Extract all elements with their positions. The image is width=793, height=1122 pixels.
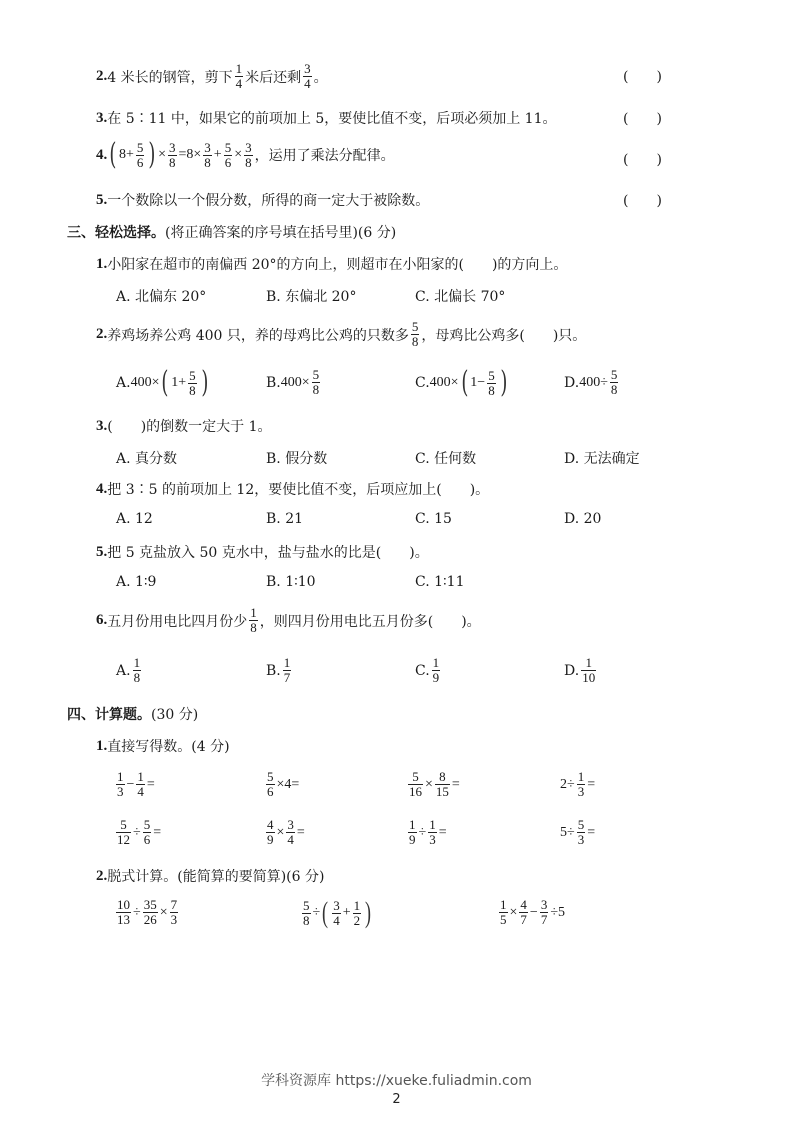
choice-question-1: 1. 小阳家在超市的南偏西 20°的方向上，则超市在小阳家的( )的方向上。 xyxy=(96,254,567,274)
stepwise-calc-item: 15× 47− 37÷5 xyxy=(497,898,565,927)
option-a[interactable]: A.18 xyxy=(116,656,143,685)
option-a[interactable]: A. 12 xyxy=(116,511,153,527)
option-b[interactable]: B. 假分数 xyxy=(266,448,327,468)
stepwise-calc-item: 1013÷ 3526× 73 xyxy=(114,898,180,927)
answer-blank[interactable]: ( ) xyxy=(623,66,662,86)
option-c[interactable]: C. 1∶11 xyxy=(415,574,464,590)
option-b[interactable]: B. 1∶10 xyxy=(266,574,316,590)
option-c[interactable]: C. 15 xyxy=(415,511,452,527)
tf-question-3: 3. 在 5∶11 中，如果它的前项加上 5，要使比值不变，后项必须加上 11。 xyxy=(96,108,557,128)
option-c[interactable]: C.400× (1− 58) xyxy=(415,368,509,398)
mental-calc-item: 13− 14= xyxy=(114,770,155,799)
section-title-calculation: 四、计算题。 (30 分) xyxy=(67,704,198,724)
tf-question-4: 4. ( 8+ 56 ) × 38 =8× 38 + 56 × 38 ，运用了乘… xyxy=(96,140,395,170)
option-a[interactable]: A. 真分数 xyxy=(116,448,177,468)
option-b[interactable]: B.400× 58 xyxy=(266,368,322,397)
choice-question-4: 4. 把 3∶5 的前项加上 12，要使比值不变，后项应加上( )。 xyxy=(96,479,489,499)
option-b[interactable]: B.17 xyxy=(266,656,293,685)
mental-calc-item: 19÷ 13= xyxy=(406,818,447,847)
option-b[interactable]: B. 21 xyxy=(266,511,303,527)
answer-blank[interactable]: ( ) xyxy=(623,108,662,128)
stepwise-calc-item: 58÷ ( 34+ 12 ) xyxy=(300,898,373,928)
option-a[interactable]: A. 1∶9 xyxy=(116,574,156,590)
question-number: 2. xyxy=(96,68,107,85)
choice-question-3: 3. ( )的倒数一定大于 1。 xyxy=(96,416,272,436)
mental-calc-item: 2÷ 13= xyxy=(560,770,595,799)
option-c[interactable]: C. 任何数 xyxy=(415,448,476,468)
calc-question-1: 1. 直接写得数。(4 分) xyxy=(96,736,230,756)
right-paren: ) xyxy=(149,140,156,170)
option-d[interactable]: D. 20 xyxy=(564,511,601,527)
page-number: 2 xyxy=(0,1092,793,1107)
option-a[interactable]: A.400× (1+ 58) xyxy=(116,368,210,398)
mental-calc-item: 5÷ 53= xyxy=(560,818,595,847)
tf-question-2: 2. 4 米长的钢管，剪下 14 米后还剩 34 。 xyxy=(96,62,328,91)
choice-question-5: 5. 把 5 克盐放入 50 克水中，盐与盐水的比是( )。 xyxy=(96,542,429,562)
choice-question-6: 6. 五月份用电比四月份少 18 ，则四月份用电比五月份多( )。 xyxy=(96,606,481,635)
section-title-choice: 三、轻松选择。 (将正确答案的序号填在括号里)(6 分) xyxy=(67,222,396,242)
mental-calc-item: 516× 815= xyxy=(406,770,460,799)
fraction: 34 xyxy=(303,62,312,91)
option-b[interactable]: B. 东偏北 20° xyxy=(266,286,356,306)
tf-question-5: 5. 一个数除以一个假分数，所得的商一定大于被除数。 xyxy=(96,190,429,210)
choice-question-2: 2. 养鸡场养公鸡 400 只，养的母鸡比公鸡的只数多 58 ，母鸡比公鸡多( … xyxy=(96,320,586,349)
option-d[interactable]: D.110 xyxy=(564,656,598,685)
mental-calc-item: 512÷ 56= xyxy=(114,818,161,847)
answer-blank[interactable]: ( ) xyxy=(623,190,662,210)
answer-blank[interactable]: ( ) xyxy=(623,149,662,169)
option-c[interactable]: C. 北偏长 70° xyxy=(415,286,505,306)
calc-question-2: 2. 脱式计算。(能简算的要简算)(6 分) xyxy=(96,866,324,886)
fraction: 14 xyxy=(235,62,244,91)
option-a[interactable]: A. 北偏东 20° xyxy=(116,286,206,306)
mental-calc-item: 49× 34= xyxy=(264,818,305,847)
left-paren: ( xyxy=(110,140,117,170)
mental-calc-item: 56×4= xyxy=(264,770,299,799)
option-d[interactable]: D.400÷ 58 xyxy=(564,368,620,397)
option-c[interactable]: C.19 xyxy=(415,656,442,685)
watermark-link[interactable]: 学科资源库 https://xueke.fuliadmin.com xyxy=(0,1070,793,1090)
option-d[interactable]: D. 无法确定 xyxy=(564,448,640,468)
